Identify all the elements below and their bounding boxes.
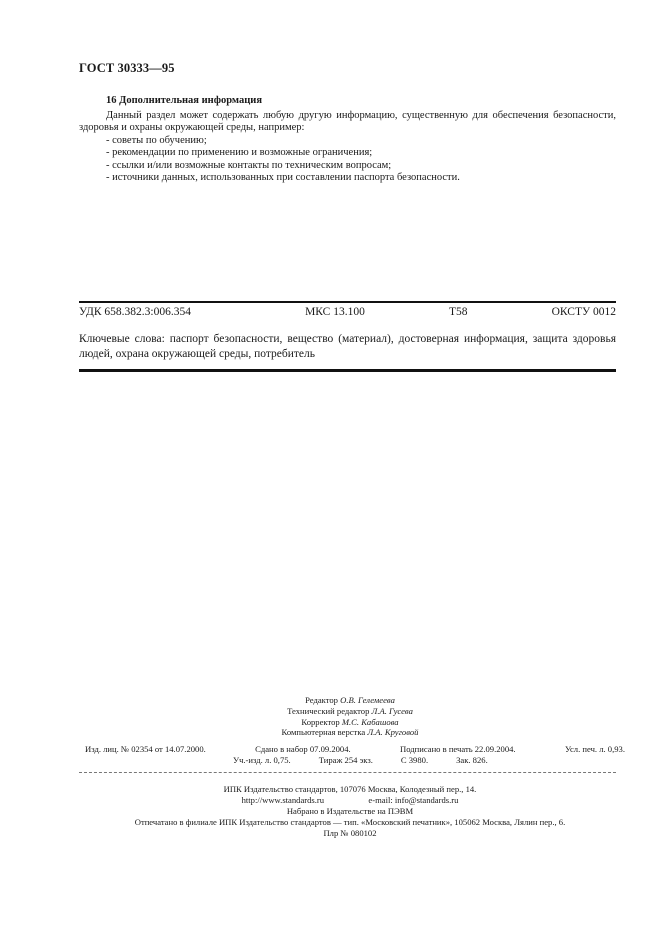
section-paragraph: Данный раздел может содержать любую друг… (79, 110, 616, 135)
contacts: http://www.standards.ru e-mail: info@sta… (60, 795, 640, 806)
sent-date: Сдано в набор 07.09.2004. (255, 744, 351, 755)
dashed-divider (79, 772, 616, 773)
section-title: 16 Дополнительная информация (106, 95, 262, 106)
credit-line: Технический редактор Л.А. Гусева (200, 706, 500, 717)
top-divider (79, 301, 616, 303)
keywords: Ключевые слова: паспорт безопасности, ве… (79, 332, 616, 362)
paragraph-text: Данный раздел может содержать любую друг… (79, 110, 616, 135)
list-item: ссылки и/или возможные контакты по техни… (106, 160, 616, 172)
credit-line: Компьютерная верстка Л.А. Круговой (200, 727, 500, 738)
printed-at: Отпечатано в филиале ИПК Издательство ст… (60, 817, 640, 828)
udk-code: УДК 658.382.3:006.354 (79, 306, 191, 318)
publisher-address: ИПК Издательство стандартов, 107076 Моск… (60, 784, 640, 795)
list-item: советы по обучению; (106, 135, 616, 147)
t-code: Т58 (449, 306, 468, 318)
license: Изд. лиц. № 02354 от 14.07.2000. (85, 744, 206, 755)
website-link[interactable]: http://www.standards.ru (242, 795, 325, 805)
list-item: источники данных, использованных при сос… (106, 172, 616, 184)
print-sheets: Усл. печ. л. 0,93. (565, 744, 625, 755)
info-list: советы по обучению; рекомендации по прим… (106, 135, 616, 185)
publication-info: Изд. лиц. № 02354 от 14.07.2000. Сдано в… (85, 744, 625, 766)
okstu-code: ОКСТУ 0012 (552, 306, 616, 318)
printer-info: ИПК Издательство стандартов, 107076 Моск… (60, 784, 640, 839)
order-number: Зак. 826. (456, 755, 488, 766)
document-id: ГОСТ 30333—95 (79, 61, 175, 76)
pub-sheets: Уч.-изд. л. 0,75. (233, 755, 291, 766)
mks-code: МКС 13.100 (305, 306, 365, 318)
print-run: Тираж 254 экз. (319, 755, 373, 766)
classification-codes: УДК 658.382.3:006.354 МКС 13.100 Т58 ОКС… (79, 306, 616, 318)
credit-line: Редактор О.В. Гелемеева (200, 695, 500, 706)
credits: Редактор О.В. Гелемеева Технический реда… (200, 695, 500, 738)
typeset-note: Набрано в Издательстве на ПЭВМ (60, 806, 640, 817)
email-link[interactable]: e-mail: info@standards.ru (368, 795, 458, 805)
license-number: Плр № 080102 (60, 828, 640, 839)
list-item: рекомендации по применению и возможные о… (106, 147, 616, 159)
signed-date: Подписано в печать 22.09.2004. (400, 744, 516, 755)
credit-line: Корректор М.С. Кабашова (200, 717, 500, 728)
bottom-divider (79, 369, 616, 372)
c-number: С 3980. (401, 755, 428, 766)
